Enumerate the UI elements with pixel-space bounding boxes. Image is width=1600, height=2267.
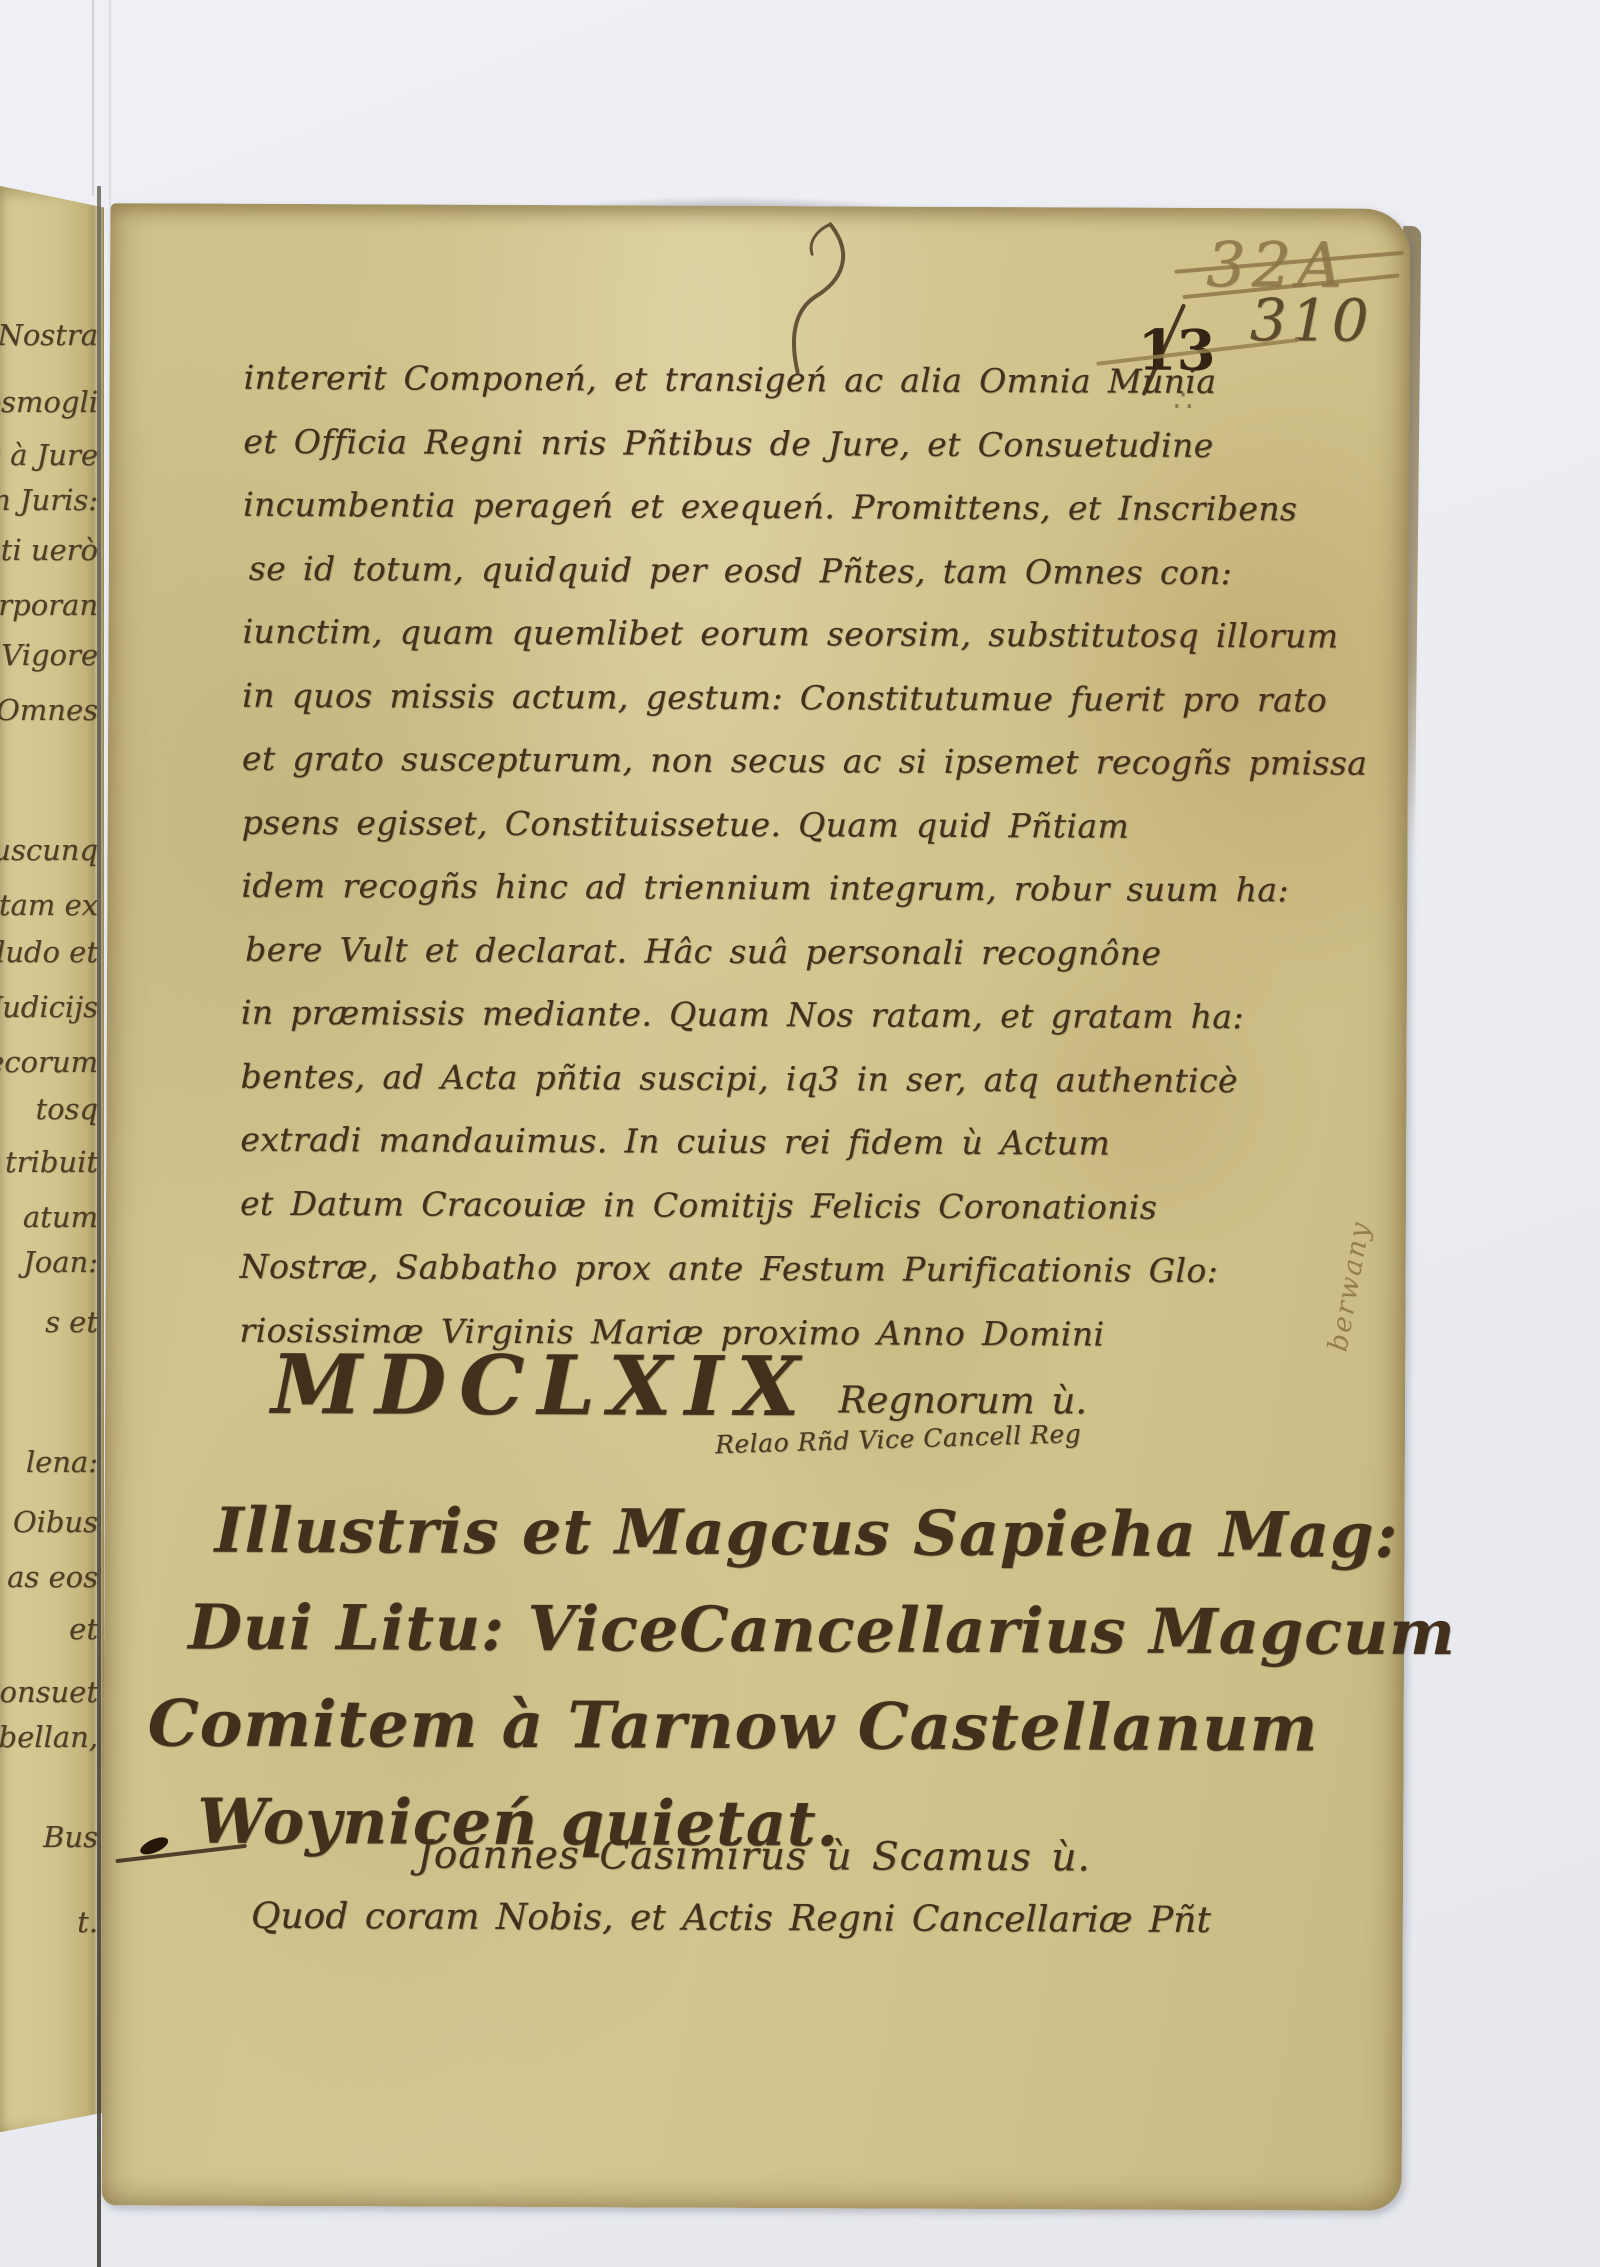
manuscript-body-text: intererit Componeń, et transigeń ac alia… <box>239 346 1253 1366</box>
previous-page-text-fragment: bellan, <box>0 1720 98 1754</box>
previous-page-text-fragment: uia ipse Vigore <box>0 638 98 672</box>
manuscript-line: et Officia Regni nris Pñtibus de Jure, e… <box>243 409 1253 477</box>
roman-year: MDCLXIX <box>271 1340 813 1432</box>
manuscript-line: bere Vult et declarat. Hâc suâ personali… <box>245 917 1251 985</box>
glass-reflection-line <box>109 0 111 206</box>
manuscript-line: iunctim, quam quemlibet eorum seorsim, s… <box>242 600 1252 668</box>
previous-page-text-fragment: onsuet <box>0 1675 98 1709</box>
date-line: MDCLXIX Regnorum ù. <box>271 1340 1087 1434</box>
previous-page-text-fragment: peten Juris: <box>0 483 98 517</box>
manuscript-line: et grato suscepturum, non secus ac si ip… <box>242 727 1252 795</box>
manuscript-scan: na Nostra ias Rosmogli rporè à Jure pete… <box>0 0 1600 2267</box>
heading-line-3: Comitem à Tarnow Castellanum <box>148 1675 1328 1777</box>
previous-page-text-fragment: tam ex <box>0 888 98 922</box>
manuscript-line: incumbentia perageń et exequeń. Promitte… <box>243 473 1253 541</box>
manuscript-line: idem recogñs hinc ad triennium integrum,… <box>241 854 1251 922</box>
previous-page-text-fragment: s et <box>45 1305 98 1339</box>
previous-page-edge: na Nostra ias Rosmogli rporè à Jure pete… <box>0 186 104 2138</box>
previous-page-text-fragment: ias Rosmogli <box>0 385 98 419</box>
manuscript-line: extradi mandauimus. In cuius rei fidem ù… <box>240 1108 1250 1176</box>
previous-page-text-fragment: incorporan <box>0 588 98 622</box>
previous-page-text-fragment: as eos <box>7 1560 98 1594</box>
previous-page-text-fragment: et <box>69 1612 98 1646</box>
manuscript-line: et Datum Cracouiæ in Comitijs Felicis Co… <box>240 1171 1250 1239</box>
previous-page-text-fragment: tribuit <box>5 1145 98 1179</box>
previous-page-text-fragment: Oibus <box>13 1505 98 1539</box>
previous-page-text-fragment: tosq <box>35 1092 98 1126</box>
heading-line-2: Dui Litu: ViceCancellarius Magcum <box>148 1578 1328 1680</box>
manuscript-line: Nostræ, Sabbatho prox ante Festum Purifi… <box>240 1235 1250 1303</box>
ruler-intitulatio: Joannes Casimirus ù Scamus ù. <box>417 1833 1091 1881</box>
regnal-year-note: Regnorum ù. <box>838 1378 1087 1422</box>
previous-page-text-fragment: Joan: <box>23 1245 98 1279</box>
previous-page-text-fragment: Bus <box>43 1820 98 1854</box>
previous-page-text-fragment: na Nostra <box>0 318 98 352</box>
previous-page-text-fragment: n Judicijs <box>0 990 98 1024</box>
glass-reflection-line <box>92 0 94 196</box>
manuscript-line: bentes, ad Acta pñtia suscipi, iq3 in se… <box>240 1044 1250 1112</box>
gutter-line <box>97 186 101 2267</box>
previous-page-text-fragment: atum <box>23 1200 98 1234</box>
manuscript-line: in quos missis actum, gestum: Constitutu… <box>242 663 1252 731</box>
previous-page-text-fragment: ad Omnes <box>0 693 98 727</box>
previous-page-text-fragment: ecorum <box>0 1045 98 1079</box>
vertical-margin-note: berwany <box>1311 1155 1388 1416</box>
heading-line-1: Illustris et Magcus Sapieha Mag: <box>148 1481 1328 1583</box>
previous-page-text-fragment: lena: <box>26 1445 98 1479</box>
manuscript-line: se id totum, quidquid per eosd Pñtes, ta… <box>249 536 1253 604</box>
manuscript-line: intererit Componeń, et transigeń ac alia… <box>243 346 1253 414</box>
previous-page-text-fragment: t. <box>77 1905 98 1939</box>
manuscript-line: psens egisset, Constituissetue. Quam qui… <box>242 790 1252 858</box>
previous-page-text-fragment: quibuscunq <box>0 833 98 867</box>
previous-page-text-fragment: rporè à Jure <box>0 438 98 472</box>
entry-heading: Illustris et Magcus Sapieha Mag: Dui Lit… <box>147 1481 1329 1874</box>
previous-page-text-fragment: Benti uerò <box>0 533 98 567</box>
previous-page-text-fragment: ludo et <box>0 935 98 969</box>
manuscript-line: in præmissis mediante. Quam Nos ratam, e… <box>241 981 1251 1049</box>
act-opening-line: Quod coram Nobis, et Actis Regni Cancell… <box>251 1896 1211 1941</box>
parchment-page: 32A 310 13 ∴ intererit Componeń, et tran… <box>102 203 1411 2211</box>
